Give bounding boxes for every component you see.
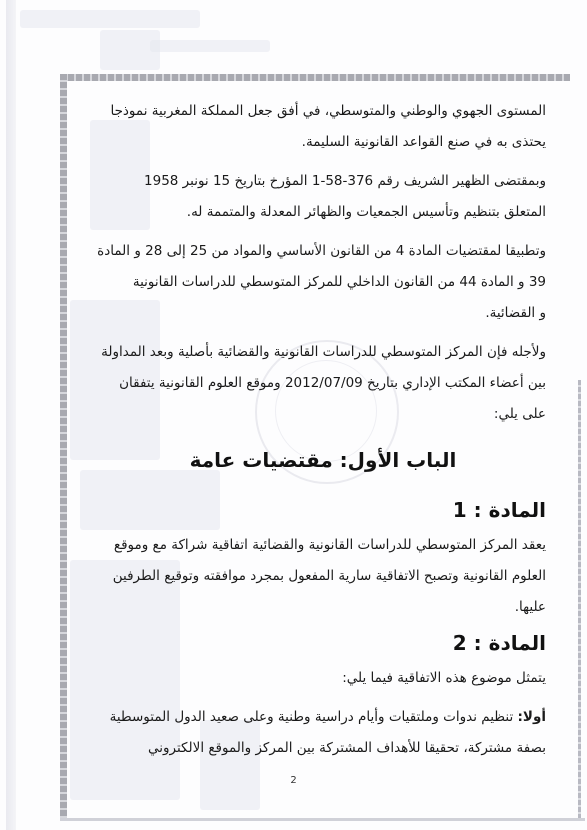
article-2-intro: يتمثل موضوع هذه الاتفاقية فيما يلي: [100,663,546,694]
article-2-item-1: أولا: تنظيم ندوات وملتقيات وأيام دراسية … [100,702,546,764]
text-line: يحتذى به في صنع القواعد القانونية السليم… [100,127,546,158]
bleed-through-mark [150,40,270,52]
article-1-body: يعقد المركز المتوسطي للدراسات القانونية … [100,530,546,623]
paragraph-agreement: ولأجله فإن المركز المتوسطي للدراسات القا… [100,337,546,430]
page-number: 2 [0,775,587,786]
paragraph-application: وتطبيقا لمقتضيات المادة 4 من القانون الأ… [100,236,546,329]
text-line: يعقد المركز المتوسطي للدراسات القانونية … [100,530,546,561]
text-line: أولا: تنظيم ندوات وملتقيات وأيام دراسية … [100,702,546,733]
scan-edge-shadow [6,0,16,830]
page-frame-bottom [60,818,585,821]
paragraph-dahir-reference: وبمقتضى الظهير الشريف رقم 376-58-1 المؤر… [100,166,546,228]
article-2-title: المادة : 2 [100,623,546,663]
text-line: بين أعضاء المكتب الإداري بتاريخ 2012/07/… [100,368,546,399]
text-line: المتعلق بتنظيم وتأسيس الجمعيات والظهائر … [100,197,546,228]
text-line: وتطبيقا لمقتضيات المادة 4 من القانون الأ… [100,236,546,267]
text-line: 39 و المادة 44 من القانون الداخلي للمركز… [100,267,546,298]
item-text: تنظيم ندوات وملتقيات وأيام دراسية وطنية … [110,709,518,725]
page-frame-left [60,74,67,819]
text-line: على يلي: [100,399,546,430]
text-line: المستوى الجهوي والوطني والمتوسطي، في أفق… [100,96,546,127]
text-line: ولأجله فإن المركز المتوسطي للدراسات القا… [100,337,546,368]
text-line: و القضائية. [100,298,546,329]
document-body: المستوى الجهوي والوطني والمتوسطي، في أفق… [100,96,546,764]
item-lead-label: أولا: [518,709,546,725]
paragraph-scope: المستوى الجهوي والوطني والمتوسطي، في أفق… [100,96,546,158]
article-1-title: المادة : 1 [100,490,546,530]
text-line: وبمقتضى الظهير الشريف رقم 376-58-1 المؤر… [100,166,546,197]
bleed-through-mark [20,10,200,28]
page-frame-top [60,74,570,81]
scanned-document-page: المستوى الجهوي والوطني والمتوسطي، في أفق… [0,0,587,830]
text-line: العلوم القانونية وتصبح الاتفاقية سارية ا… [100,561,546,592]
text-line: عليها. [100,592,546,623]
text-line: يتمثل موضوع هذه الاتفاقية فيما يلي: [100,663,546,694]
chapter-title: الباب الأول: مقتضيات عامة [100,442,546,478]
text-line: بصفة مشتركة، تحقيقا للأهداف المشتركة بين… [100,733,546,764]
page-frame-right [578,380,581,820]
